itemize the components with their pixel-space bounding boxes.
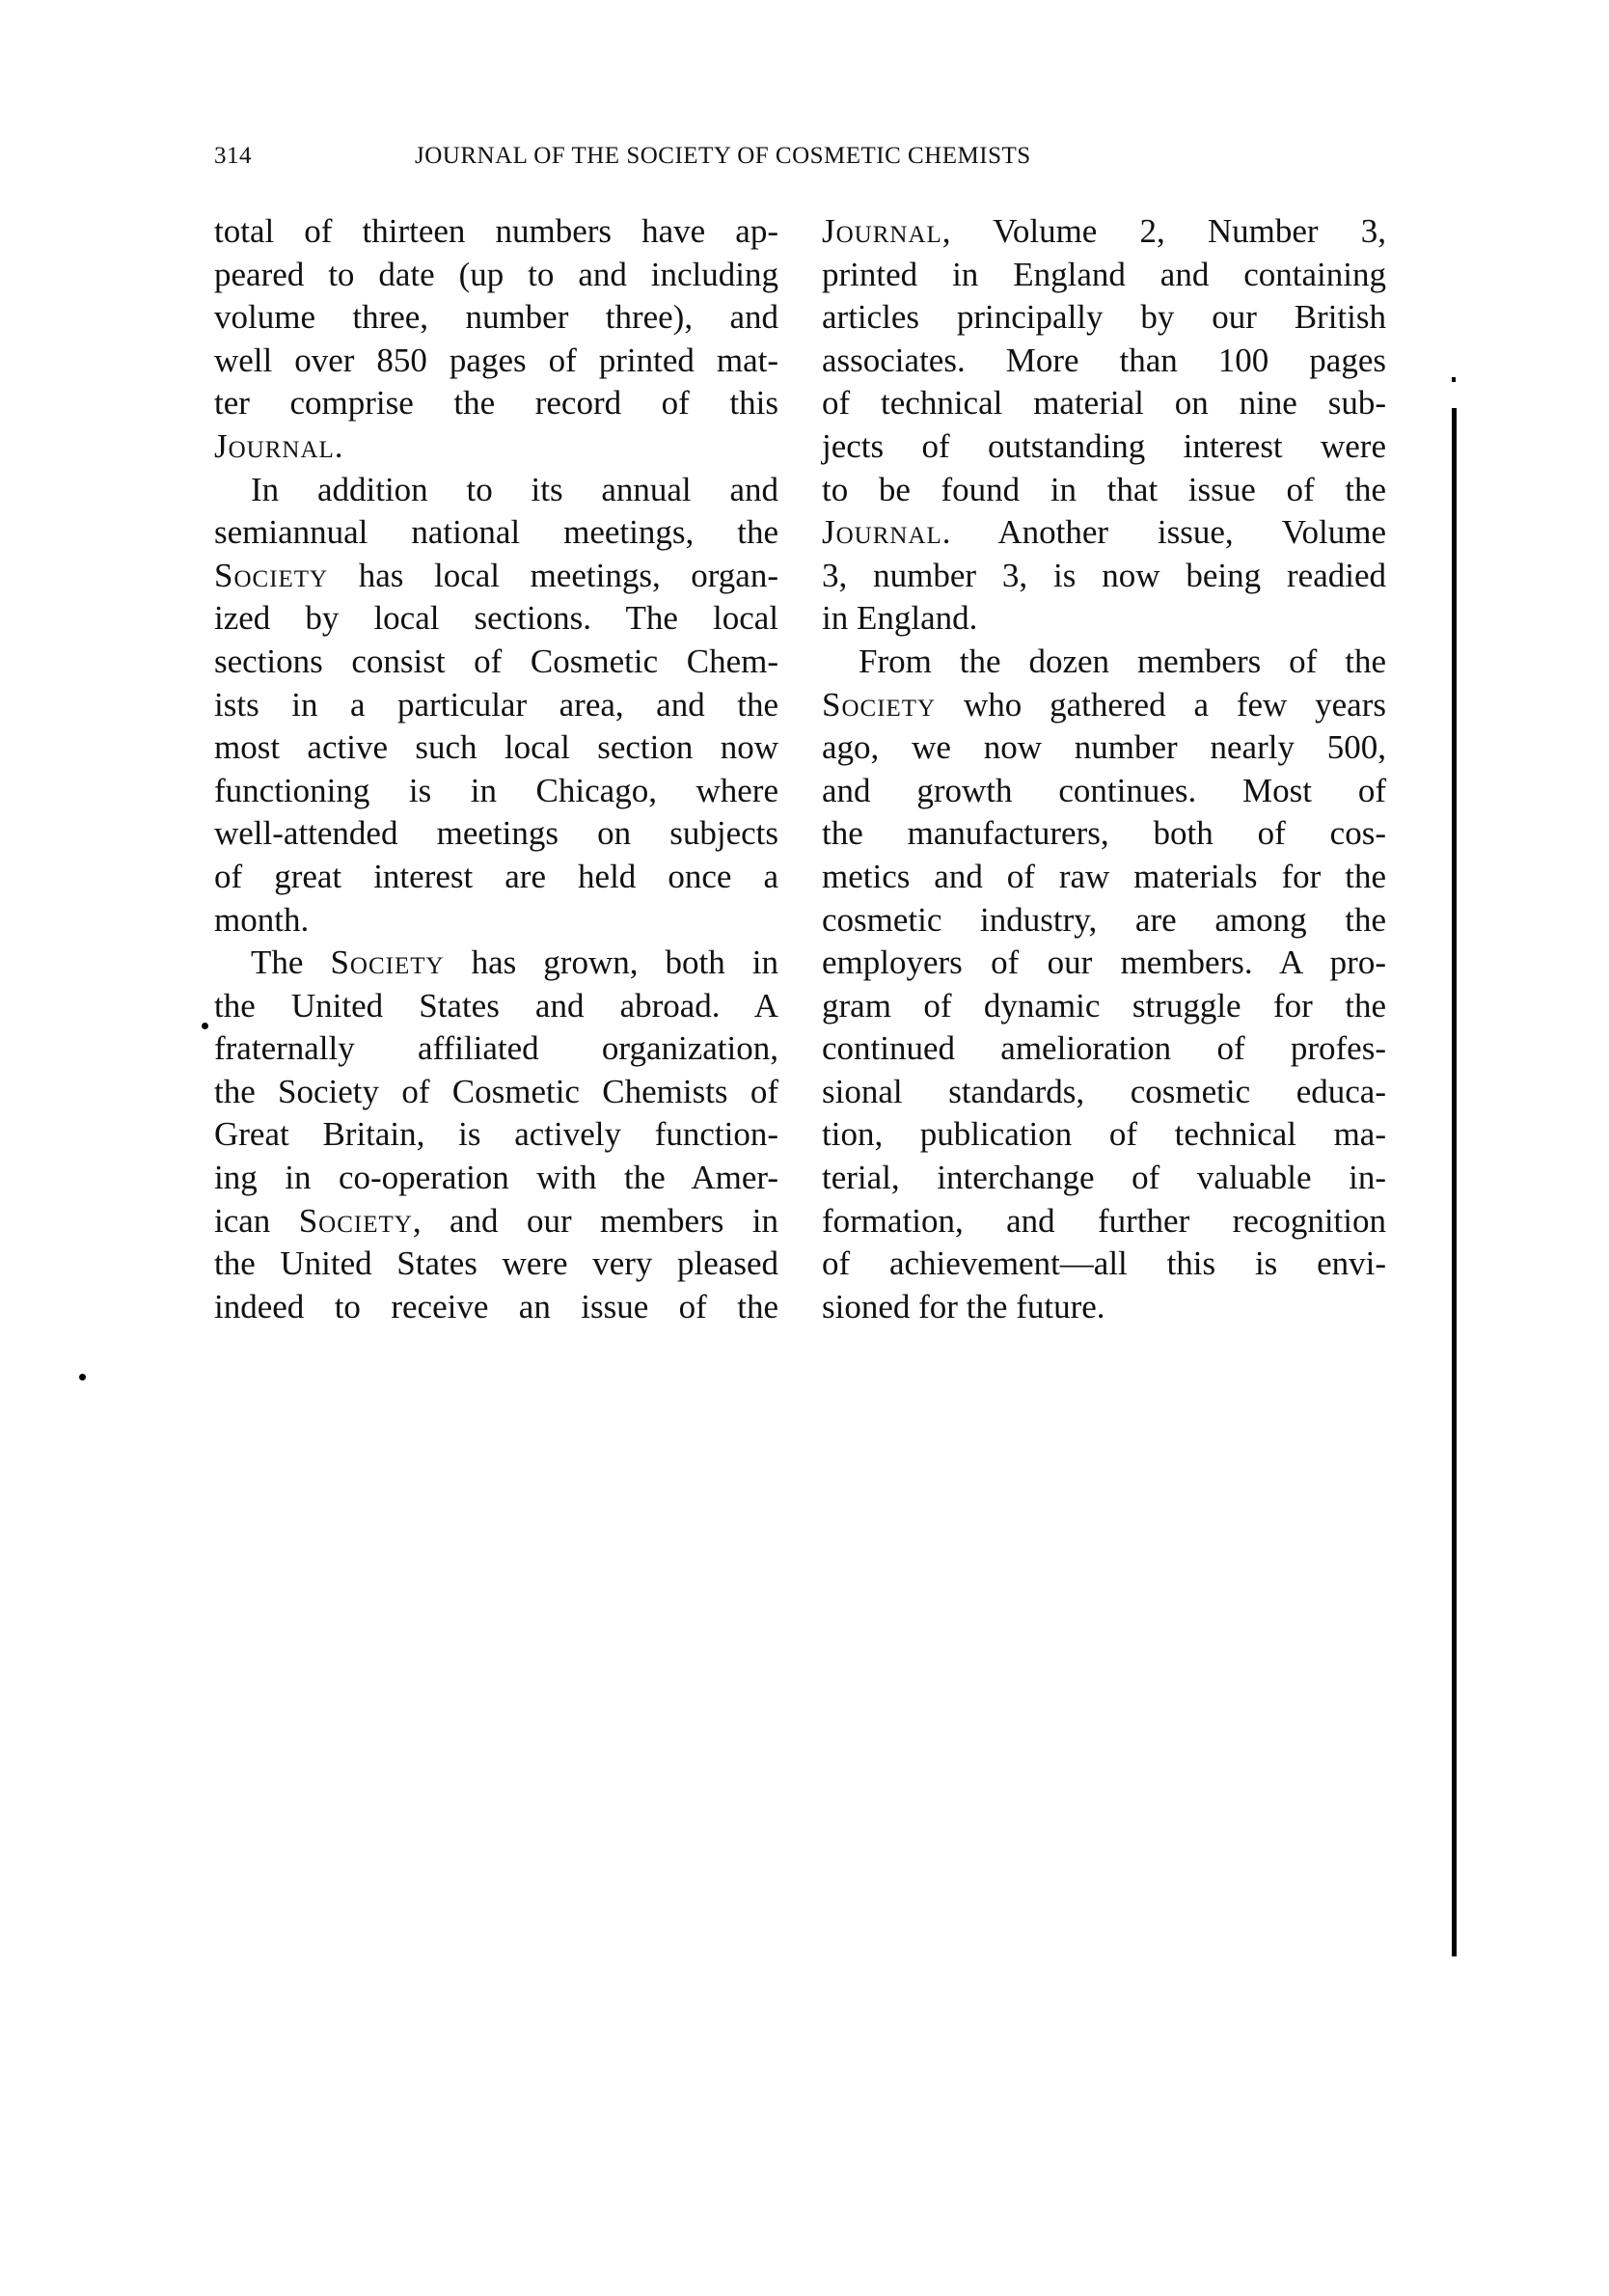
text-line: of achievement—all this is envi-	[822, 1243, 1386, 1286]
text-line: Journal. Another issue, Volume	[822, 511, 1386, 555]
text-line: indeed to receive an issue of the	[214, 1286, 778, 1329]
text-line: articles principally by our British	[822, 296, 1386, 340]
text-line: and growth continues. Most of	[822, 770, 1386, 813]
text-line: formation, and further recognition	[822, 1200, 1386, 1244]
text-line: ists in a particular area, and the	[214, 684, 778, 727]
text-line: well-attended meetings on subjects	[214, 812, 778, 856]
text-line: employers of our members. A pro-	[822, 942, 1386, 985]
text-line: From the dozen members of the	[822, 641, 1386, 684]
text-line: the Society of Cosmetic Chemists of	[214, 1071, 778, 1114]
text-line: semiannual national meetings, the	[214, 511, 778, 555]
paragraph-society-growth: The Society has grown, both in the Unite…	[214, 942, 778, 1328]
scan-speck-dot	[202, 1023, 208, 1029]
text-line: continued amelioration of profes-	[822, 1027, 1386, 1071]
text-line: sections consist of Cosmetic Chem-	[214, 641, 778, 684]
text-line: metics and of raw materials for the	[822, 856, 1386, 899]
text-line: Journal, Volume 2, Number 3,	[822, 210, 1386, 254]
left-column: total of thirteen numbers have ap- peare…	[214, 210, 778, 1328]
text-line: well over 850 pages of printed mat-	[214, 340, 778, 383]
text-line: volume three, number three), and	[214, 296, 778, 340]
text-line: of great interest are held once a	[214, 856, 778, 899]
text-line: jects of outstanding interest were	[822, 425, 1386, 469]
scan-edge-bar	[1452, 408, 1457, 1956]
text-line: tion, publication of technical ma-	[822, 1113, 1386, 1157]
text-line: to be found in that issue of the	[822, 469, 1386, 512]
paragraph-british-issue: Journal, Volume 2, Number 3, printed in …	[822, 210, 1386, 641]
text-line: sioned for the future.	[822, 1286, 1386, 1329]
text-line: The Society has grown, both in	[214, 942, 778, 985]
paragraph-membership-future: From the dozen members of the Society wh…	[822, 641, 1386, 1329]
scan-speck-dot	[79, 1374, 86, 1380]
text-line: cosmetic industry, are among the	[822, 899, 1386, 943]
text-line: Society who gathered a few years	[822, 684, 1386, 727]
right-column: Journal, Volume 2, Number 3, printed in …	[822, 210, 1386, 1328]
running-head: 314 JOURNAL OF THE SOCIETY OF COSMETIC C…	[214, 143, 1188, 178]
text-line: ing in co-operation with the Amer-	[214, 1157, 778, 1200]
text-line: 3, number 3, is now being readied	[822, 555, 1386, 598]
text-line: of technical material on nine sub-	[822, 382, 1386, 425]
text-line: terial, interchange of valuable in-	[822, 1157, 1386, 1200]
text-line: ago, we now number nearly 500,	[822, 726, 1386, 770]
text-line: ican Society, and our members in	[214, 1200, 778, 1244]
text-line: the United States were very pleased	[214, 1243, 778, 1286]
page-number: 314	[214, 143, 252, 170]
text-line: printed in England and containing	[822, 254, 1386, 297]
text-line: the manufacturers, both of cos-	[822, 812, 1386, 856]
text-line: gram of dynamic struggle for the	[822, 985, 1386, 1028]
text-line: in England.	[822, 597, 1386, 641]
text-line: fraternally affiliated organization,	[214, 1027, 778, 1071]
journal-title: JOURNAL OF THE SOCIETY OF COSMETIC CHEMI…	[415, 143, 1031, 170]
text-line: functioning is in Chicago, where	[214, 770, 778, 813]
text-line: Great Britain, is actively function-	[214, 1113, 778, 1157]
text-line: total of thirteen numbers have ap-	[214, 210, 778, 254]
text-line: ized by local sections. The local	[214, 597, 778, 641]
text-line: peared to date (up to and including	[214, 254, 778, 297]
text-line: ter comprise the record of this	[214, 382, 778, 425]
text-line: In addition to its annual and	[214, 469, 778, 512]
paragraph-local-meetings: In addition to its annual and semiannual…	[214, 469, 778, 943]
text-line: sional standards, cosmetic educa-	[822, 1071, 1386, 1114]
text-line: month.	[214, 899, 778, 943]
text-line: the United States and abroad. A	[214, 985, 778, 1028]
text-line: most active such local section now	[214, 726, 778, 770]
scan-edge-mark	[1452, 377, 1456, 382]
paragraph-journal-record: total of thirteen numbers have ap- peare…	[214, 210, 778, 469]
text-line: associates. More than 100 pages	[822, 340, 1386, 383]
text-line: Journal.	[214, 425, 778, 469]
text-line: Society has local meetings, organ-	[214, 555, 778, 598]
